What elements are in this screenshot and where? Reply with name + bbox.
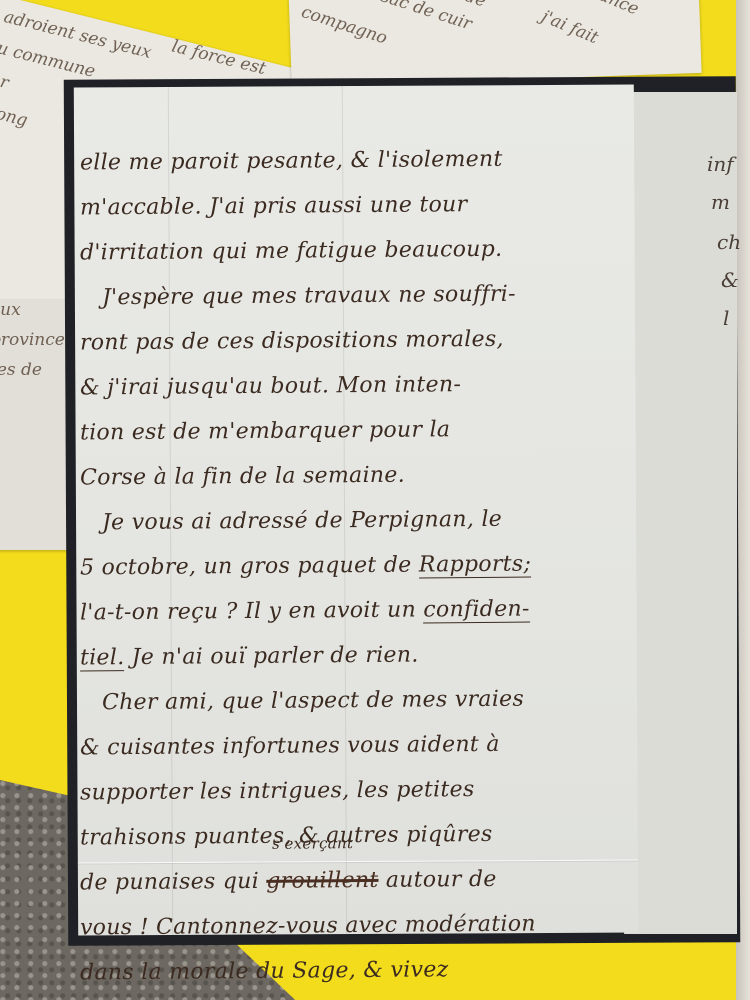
background-text: sac de cuir (378, 0, 474, 34)
underlined-word: Rapports; (419, 552, 532, 579)
letter-line: vous ! Cantonnez-vous avec modération (80, 901, 650, 951)
margin-text: & (721, 268, 739, 292)
letter-line: d'irritation qui me fatigue beaucoup. (80, 226, 650, 276)
line-text: de punaises qui (80, 869, 267, 896)
margin-text: inf (707, 152, 734, 176)
margin-text: ch (717, 230, 741, 254)
line-text: 5 octobre, un gros paquet de (80, 553, 419, 581)
letter-line: ront pas de ces dispositions morales, (80, 316, 650, 366)
line-text: autour de (378, 867, 496, 893)
background-text: compagno (299, 2, 390, 49)
margin-text: l (723, 306, 729, 330)
underlined-word: tiel. (80, 645, 125, 671)
underlined-word: confiden- (423, 597, 530, 624)
correction: s'exerçantgrouillent (266, 858, 379, 904)
letter-line: m'accable. J'ai pris aussi une tour (80, 181, 650, 231)
letter-line: Cher ami, que l'aspect de mes vraies (80, 676, 650, 726)
background-text: tes de (0, 360, 42, 380)
struck-word: grouillent (266, 868, 378, 894)
letter-body: elle me paroit pesante, & l'isolement m'… (80, 138, 650, 993)
margin-text: m (711, 190, 730, 214)
background-text: province (0, 330, 65, 350)
letter-line: tion est de m'embarquer pour la (80, 406, 650, 456)
letter-line: trahisons puantes, & autres piqûres (80, 811, 650, 861)
letter-line: Corse à la fin de la semaine. (80, 451, 650, 501)
letter-line: Je vous ai adressé de Perpignan, le (80, 496, 650, 546)
inserted-word: s'exerçant (272, 836, 353, 852)
background-letter-top-right: compagno sac de cuir talus de la chance … (288, 0, 701, 87)
background-text: j'ai fait (538, 7, 601, 49)
letter-line: 5 octobre, un gros paquet de Rapports; (80, 541, 650, 591)
letter-line: de punaises qui s'exerçantgrouillent aut… (80, 856, 650, 906)
letter-line: tiel. Je n'ai ouï parler de rien. (80, 631, 650, 681)
letter-line: elle me paroit pesante, & l'isolement (80, 136, 650, 186)
background-text: aux (0, 300, 21, 320)
background-text: long (0, 103, 30, 131)
letter-line: l'a-t-on reçu ? Il y en avoit un confide… (80, 586, 650, 636)
letter-line: supporter les intrigues, les petites (80, 766, 650, 816)
letter-line: dans la morale du Sage, & vivez (80, 946, 650, 996)
letter-line: J'espère que mes travaux ne souffri- (80, 271, 650, 321)
letter-line: & cuisantes infortunes vous aident à (80, 721, 650, 771)
letter-line: & j'irai jusqu'au bout. Mon inten- (80, 361, 650, 411)
line-text: Je n'ai ouï parler de rien. (124, 643, 418, 671)
background-text: nger (0, 64, 11, 93)
line-text: l'a-t-on reçu ? Il y en avoit un (80, 597, 424, 625)
